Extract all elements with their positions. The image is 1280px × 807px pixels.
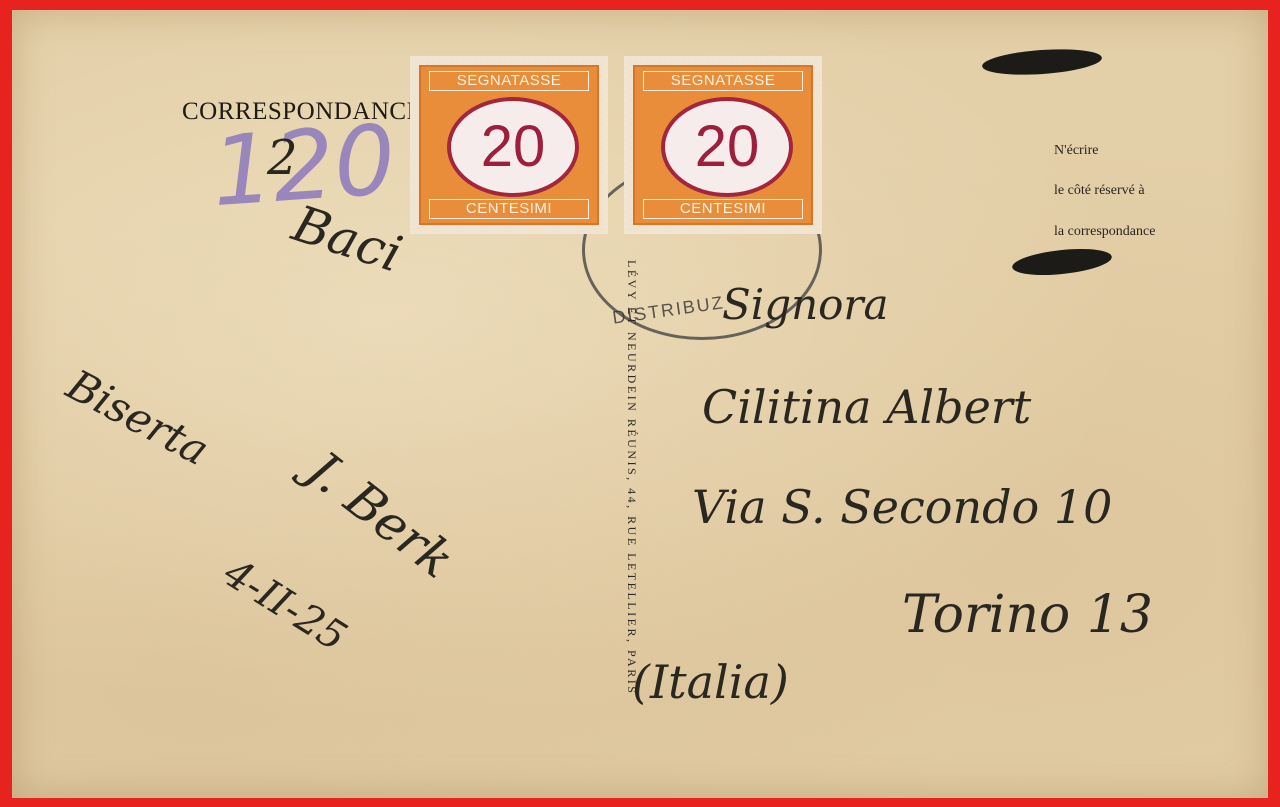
stamp-value: 20	[481, 118, 546, 176]
address-line-1: Signora	[722, 280, 889, 329]
stamp-oval: 20	[661, 97, 793, 197]
stamp-value: 20	[695, 118, 760, 176]
stamp-oval: 20	[447, 97, 579, 197]
stamp-top-label: SEGNATASSE	[643, 71, 803, 91]
stamp-bottom-label: CENTESIMI	[643, 199, 803, 219]
cancellation-mark-top	[981, 46, 1102, 78]
address-line-2: Cilitina Albert	[702, 380, 1031, 434]
postage-due-stamp-1: SEGNATASSE 20 CENTESIMI	[410, 56, 608, 234]
address-line-3: Via S. Secondo 10	[692, 480, 1112, 534]
address-line-4: Torino 13	[902, 585, 1153, 645]
cancellation-mark-bottom	[1011, 245, 1113, 279]
stamp-bottom-label: CENTESIMI	[429, 199, 589, 219]
place: Biserta	[59, 360, 217, 475]
stamp-top-label: SEGNATASSE	[429, 71, 589, 91]
signature: J. Berk	[296, 440, 464, 589]
instruction-line-2: le côté réservé à	[1054, 183, 1145, 199]
postcard: CORRESPONDANCE 120 DISTRIBUZ SEGNATASSE …	[12, 10, 1268, 798]
message-line-1: 2	[267, 130, 298, 186]
address-line-5: (Italia)	[632, 655, 789, 709]
date: 4-II-25	[216, 550, 355, 661]
instruction-line-3: la correspondance	[1054, 224, 1155, 240]
instruction-line-1: N'écrire	[1054, 143, 1099, 159]
postage-due-stamp-2: SEGNATASSE 20 CENTESIMI	[624, 56, 822, 234]
